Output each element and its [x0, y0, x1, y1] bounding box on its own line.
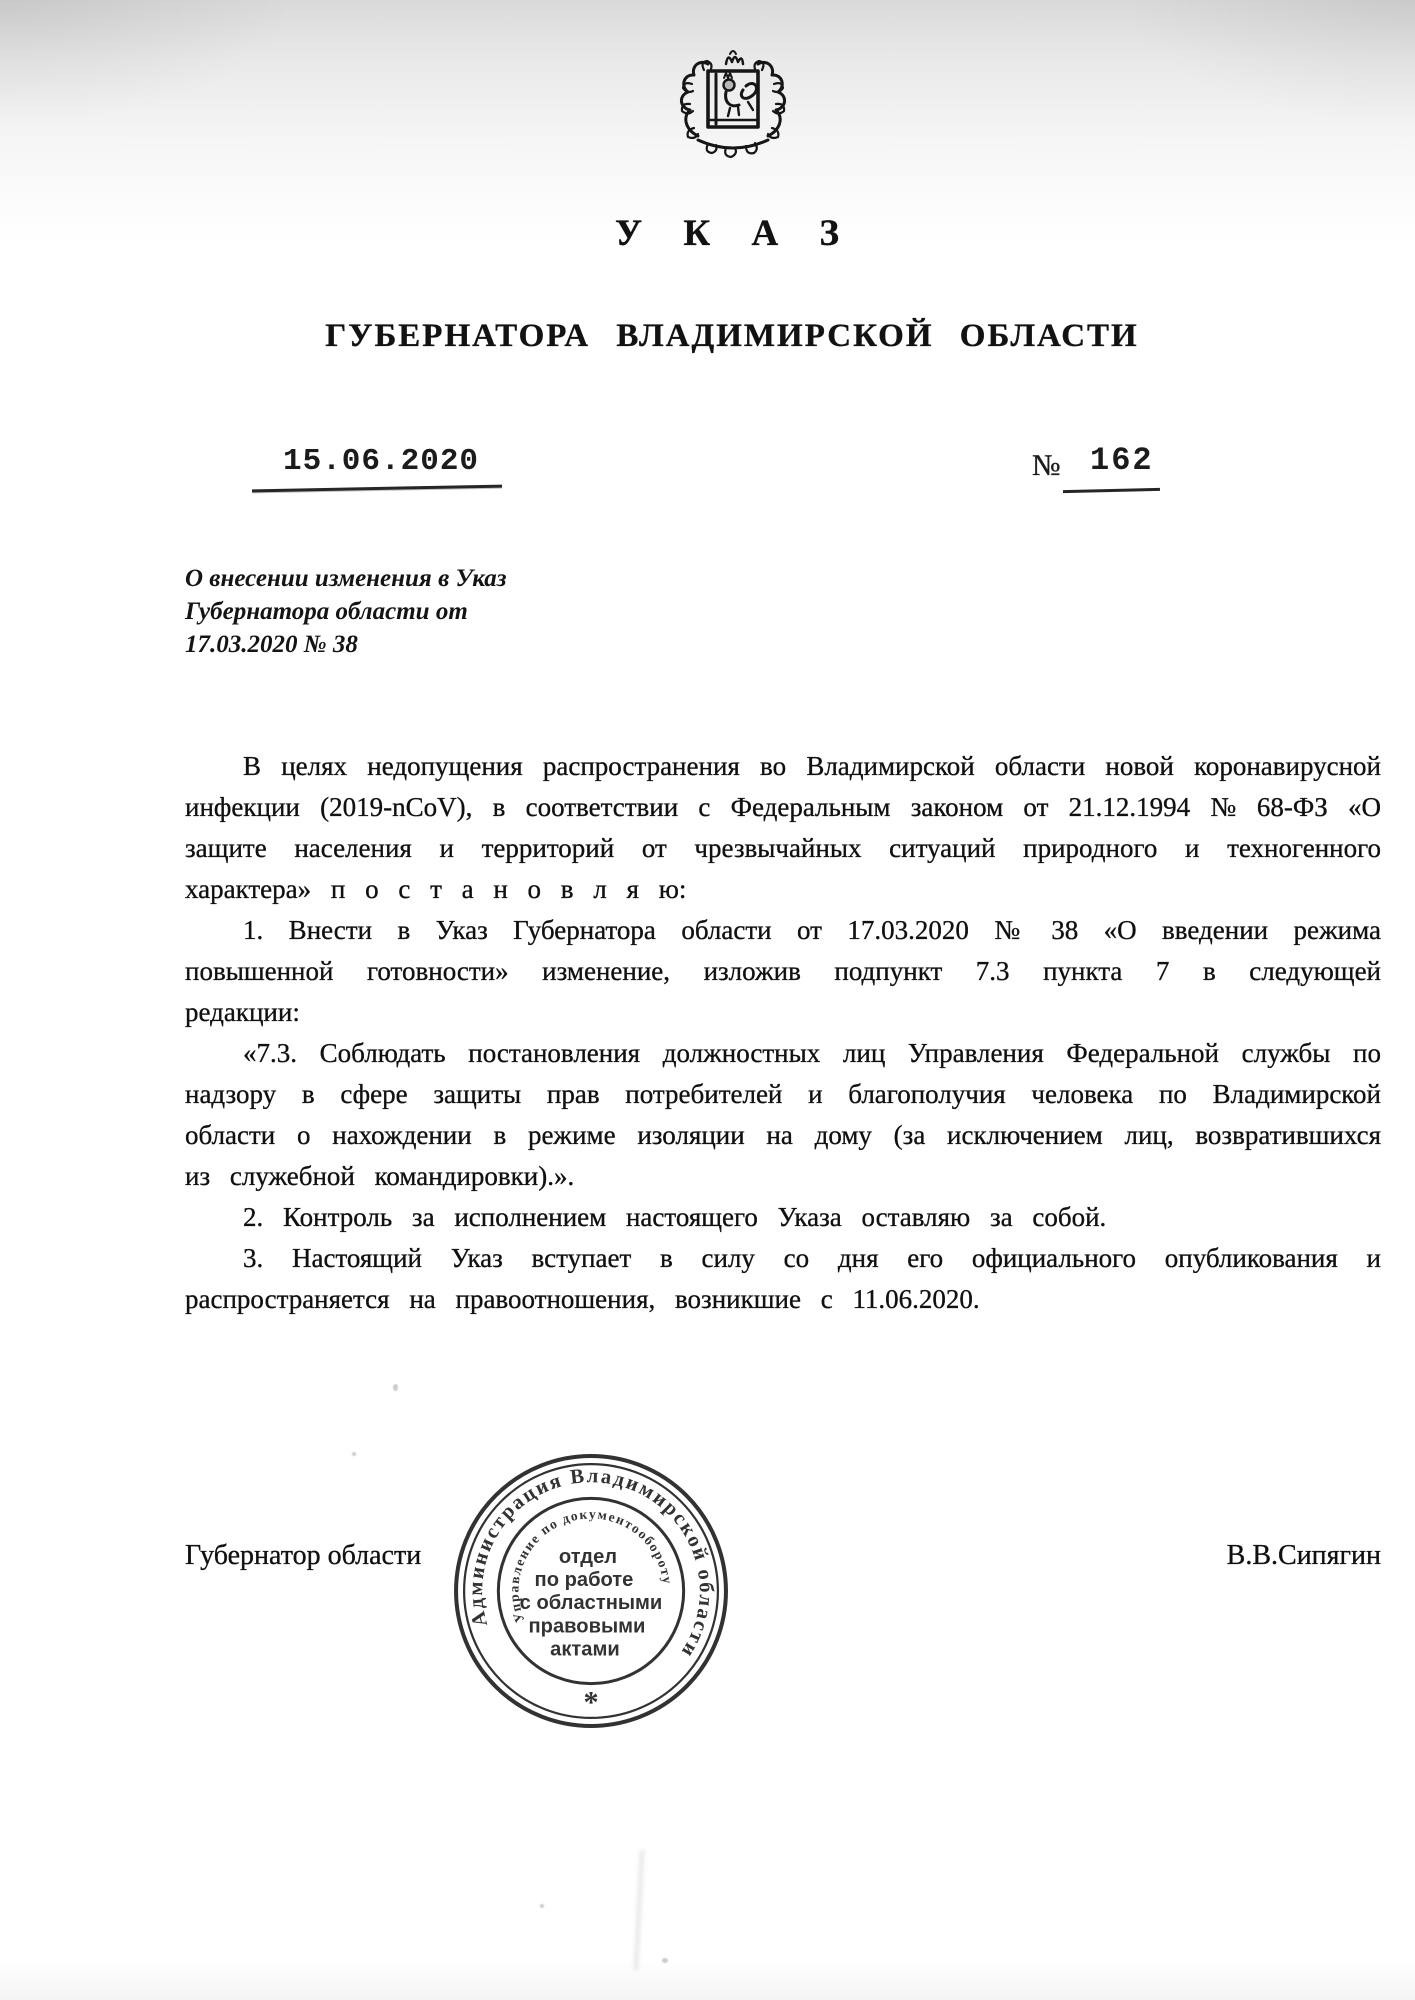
scan-noise-smudge [634, 1850, 644, 1970]
signature-name: В.В.Сипягин [1227, 1540, 1381, 1572]
document-subtitle: ГУБЕРНАТОРА ВЛАДИМИРСКОЙ ОБЛАСТИ [142, 318, 1322, 355]
svg-text:по работе: по работе [535, 1569, 634, 1591]
document-title: У К А З [185, 212, 1285, 255]
document-number: 162 [1090, 442, 1154, 479]
decree-paragraph: 1. Внести в Указ Губернатора области от … [185, 910, 1381, 1033]
svg-text:правовыми: правовыми [529, 1615, 646, 1637]
date-underline [252, 485, 502, 493]
svg-text:с областными: с областными [520, 1592, 663, 1614]
scan-noise-speck [662, 1958, 668, 1963]
subject-block: О внесении изменения в Указ Губернатора … [185, 562, 615, 661]
svg-text:актами: актами [550, 1638, 620, 1660]
decree-paragraph: 2. Контроль за исполнением настоящего Ук… [185, 1197, 1381, 1238]
subject-line: О внесении изменения в Указ [185, 562, 615, 595]
number-underline [1063, 488, 1160, 493]
scan-noise-speck [352, 1452, 356, 1456]
decree-paragraph: 3. Настоящий Указ вступает в силу со дня… [185, 1238, 1381, 1320]
stamp-center-text: отдел по работе с областными правовыми а… [520, 1546, 663, 1661]
official-stamp: Администрация Владимирской области * Упр… [450, 1450, 732, 1732]
svg-text:отдел: отдел [559, 1546, 617, 1568]
subject-line: Губернатора области от [185, 595, 615, 628]
stamp-star: * [583, 1685, 598, 1719]
signature-row: Губернатор области В.В.Сипягин [185, 1540, 1381, 1572]
subject-line: 17.03.2020 № 38 [185, 628, 615, 661]
signature-title: Губернатор области [185, 1540, 421, 1572]
scan-noise-speck [540, 1904, 544, 1908]
number-sign: № [1032, 449, 1061, 483]
decree-paragraph: В целях недопущения распространения во В… [185, 746, 1381, 910]
decree-document-scan: У К А З ГУБЕРНАТОРА ВЛАДИМИРСКОЙ ОБЛАСТИ… [0, 0, 1415, 2000]
decree-paragraph: «7.3. Соблюдать постановления должностны… [185, 1033, 1381, 1197]
decree-body: В целях недопущения распространения во В… [185, 746, 1381, 1320]
coat-of-arms-icon [664, 44, 802, 170]
document-date: 15.06.2020 [283, 444, 479, 479]
scan-noise-speck [393, 1384, 398, 1391]
